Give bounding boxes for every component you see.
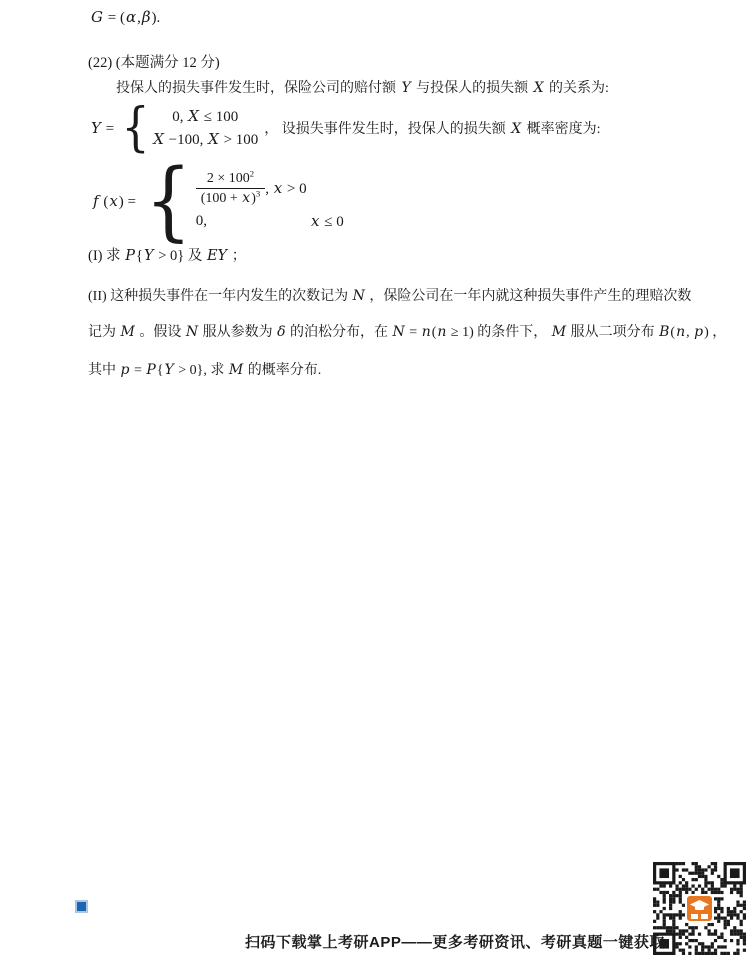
question-22-header: (22) (本题满分 12 分)	[88, 53, 220, 73]
footer-caption: 扫码下载掌上考研APP——更多考研资讯、考研真题一键获取	[245, 931, 665, 952]
graduation-cap-icon	[685, 894, 714, 923]
left-brace-glyph: {	[122, 104, 150, 152]
formula-y-following-text: ， 设损失事件发生时，投保人的损失额 X 概率密度为:	[264, 118, 600, 138]
formula-fx-zero-case: 0,	[196, 211, 207, 232]
formula-fx-condition2: x ≤ 0	[310, 211, 344, 232]
formula-fx-fraction: 2 × 1002 (100 + x)3	[196, 171, 265, 207]
part-1-question: (I) 求 P{Y > 0} 及 EY ；	[88, 246, 246, 266]
fraction-numerator: 2 × 1002	[196, 171, 265, 189]
document-page: G = (α,β). (22) (本题满分 12 分) 投保人的损失事件发生时，…	[0, 0, 750, 977]
formula-y-lhs: Y =	[90, 119, 114, 138]
blue-square-marker	[75, 900, 88, 913]
formula-fx-lhs: f (x) =	[92, 192, 136, 211]
part-2-line1: (II) 这种损失事件在一年内发生的次数记为 N ，保险公司在一年内就这种损失事…	[88, 287, 691, 307]
question-intro-text: 投保人的损失事件发生时，保险公司的赔付额 Y 与投保人的损失额 X 的关系为:	[116, 79, 609, 99]
formula-y-case1: 0, X ≤ 100	[172, 105, 238, 128]
fraction-denominator: (100 + x)3	[196, 189, 265, 207]
formula-fx-piecewise: f (x) = { 2 × 1002 (100 + x)3 , x > 0 0,…	[92, 162, 344, 240]
app-download-qr-code	[653, 862, 746, 955]
formula-g: G = (α,β).	[90, 7, 160, 29]
part-2-line3: 其中 p = P{Y > 0}, 求 M 的概率分布.	[88, 361, 321, 381]
formula-y-piecewise: Y = { 0, X ≤ 100 X −100, X > 100 ， 设损失事件…	[90, 104, 601, 152]
formula-fx-condition1: , x > 0	[265, 179, 306, 198]
part-2-line2: 记为 M 。假设 N 服从参数为 δ 的泊松分布，在 N = n(n ≥ 1) …	[88, 323, 726, 343]
formula-y-case2: X −100, X > 100	[152, 128, 258, 151]
left-brace-glyph: {	[145, 162, 192, 240]
